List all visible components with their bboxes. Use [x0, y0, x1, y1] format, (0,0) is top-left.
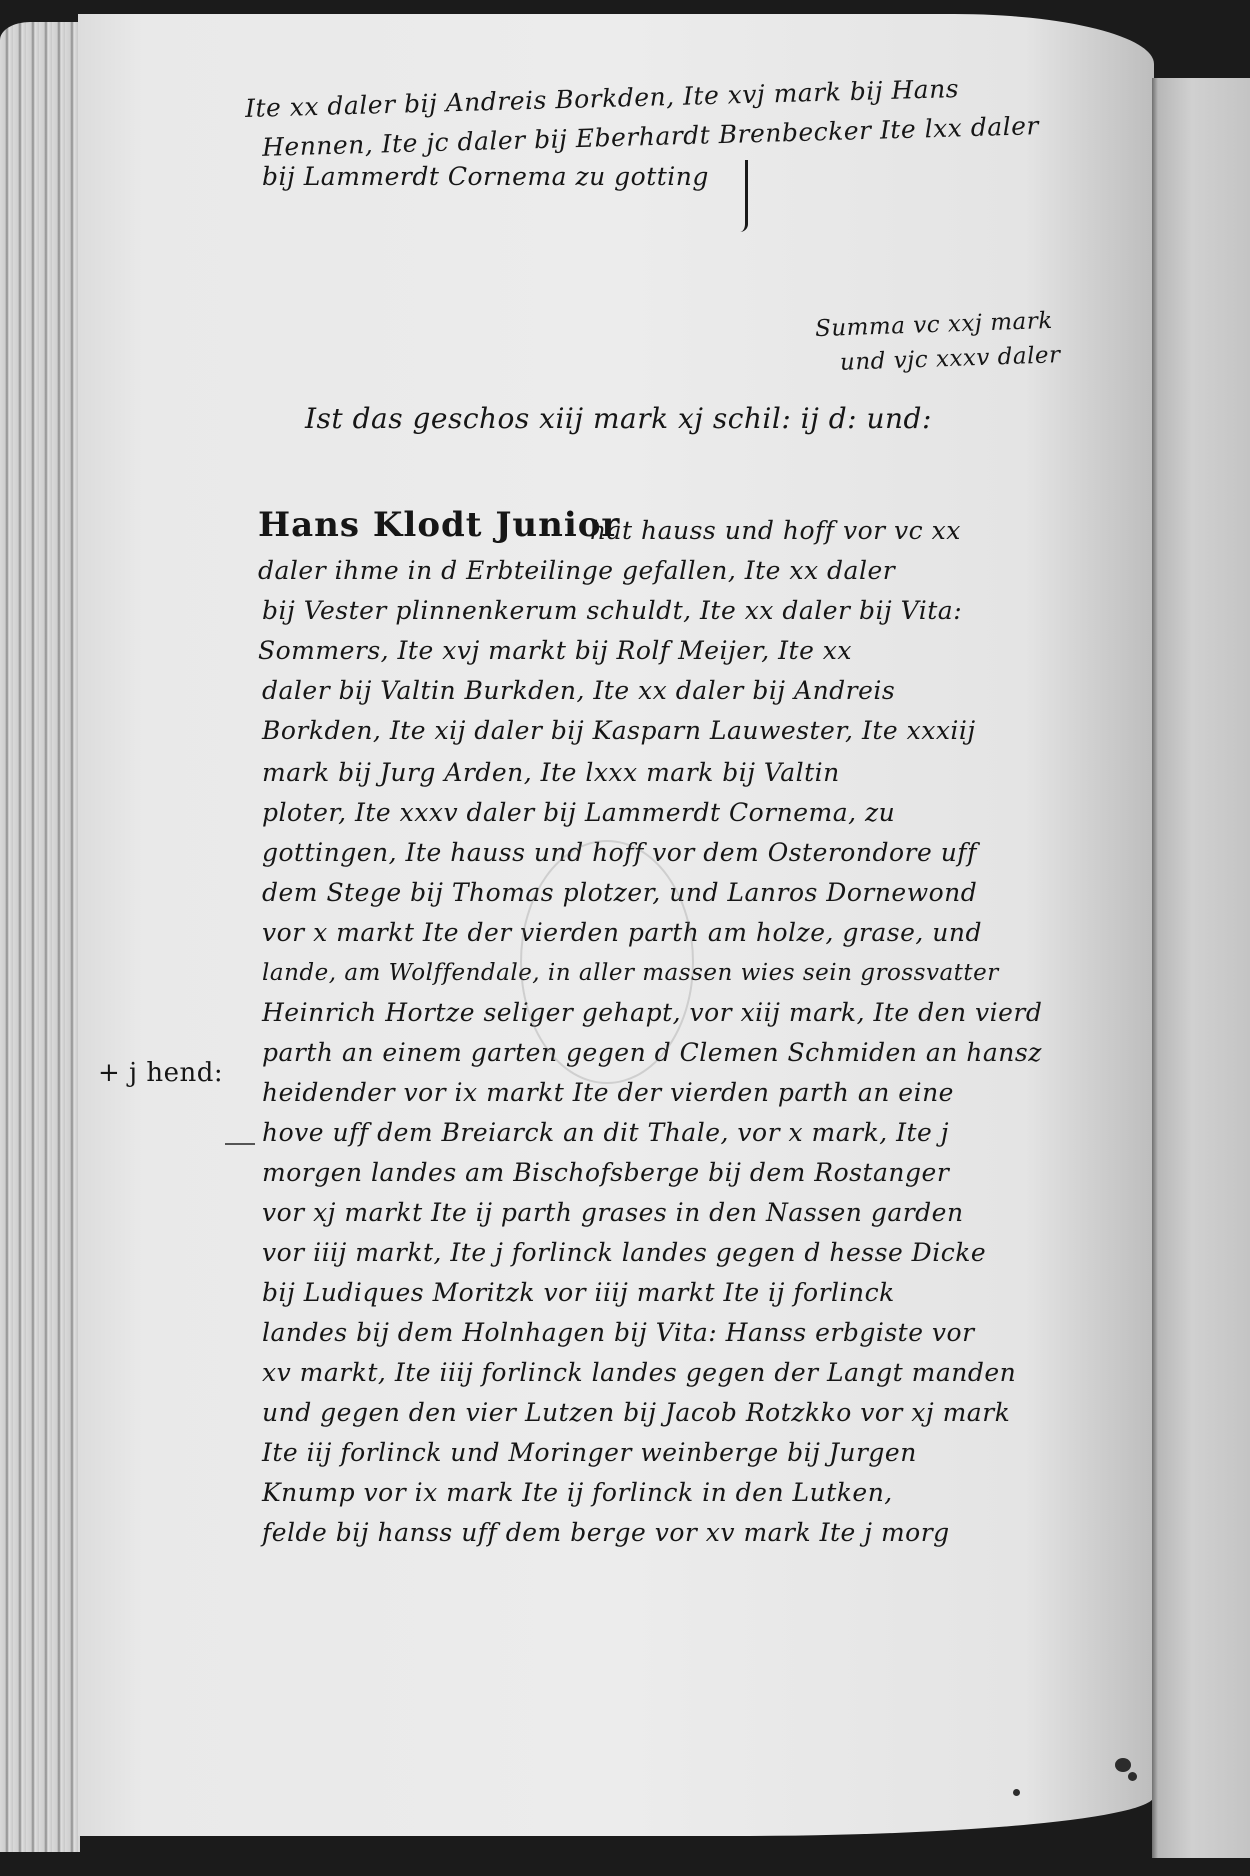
text-line: Sommers, Ite xvj markt bij Rolf Meijer, … — [258, 630, 852, 672]
bracket-mark — [735, 160, 748, 232]
text-line: bij Vester plinnenkerum schuldt, Ite xx … — [262, 590, 962, 632]
ink-stain — [1115, 1758, 1131, 1772]
text-line: Ite iij forlinck und Moringer weinberge … — [262, 1432, 917, 1474]
text-line: vor xj markt Ite ij parth grases in den … — [262, 1192, 964, 1234]
text-line: bij Lammerdt Cornema zu gotting — [262, 156, 709, 198]
entry-name: Hans Klodt Junior — [258, 505, 620, 545]
text-line: daler bij Valtin Burkden, Ite xx daler b… — [262, 670, 895, 712]
text-line: morgen landes am Bischofsberge bij dem R… — [262, 1152, 949, 1194]
text-line: daler ihme in d Erbteilinge gefallen, It… — [258, 550, 895, 592]
archive-stamp — [520, 840, 694, 1084]
text-line: und vjc xxxv daler — [839, 334, 1061, 384]
text-line: bij Ludiques Moritzk vor iiij markt Ite … — [262, 1272, 895, 1314]
text-line: hat hauss und hoff vor vc xx — [590, 510, 961, 552]
text-line: hove uff dem Breiarck an dit Thale, vor … — [262, 1112, 949, 1154]
text-line: xv markt, Ite iiij forlinck landes gegen… — [262, 1352, 1016, 1394]
text-line: felde bij hanss uff dem berge vor xv mar… — [262, 1512, 950, 1554]
total-line: Ist das geschos xiij mark xj schil: ij d… — [305, 398, 932, 440]
margin-note: + j hend: — [98, 1052, 223, 1094]
ink-stain — [1128, 1772, 1137, 1781]
margin-dash — [225, 1143, 255, 1145]
book-page-stack — [0, 22, 80, 1852]
text-line: ploter, Ite xxxv daler bij Lammerdt Corn… — [262, 792, 895, 834]
text-line: mark bij Jurg Arden, Ite lxxx mark bij V… — [262, 752, 840, 794]
text-line: landes bij dem Holnhagen bij Vita: Hanss… — [262, 1312, 975, 1354]
text-line: Knump vor ix mark Ite ij forlinck in den… — [262, 1472, 893, 1514]
text-line: vor iiij markt, Ite j forlinck landes ge… — [262, 1232, 986, 1274]
book-right-edge — [1152, 78, 1250, 1858]
text-line: Borkden, Ite xij daler bij Kasparn Lauwe… — [262, 710, 976, 752]
ink-stain — [1013, 1789, 1020, 1796]
text-line: und gegen den vier Lutzen bij Jacob Rotz… — [262, 1392, 1010, 1434]
